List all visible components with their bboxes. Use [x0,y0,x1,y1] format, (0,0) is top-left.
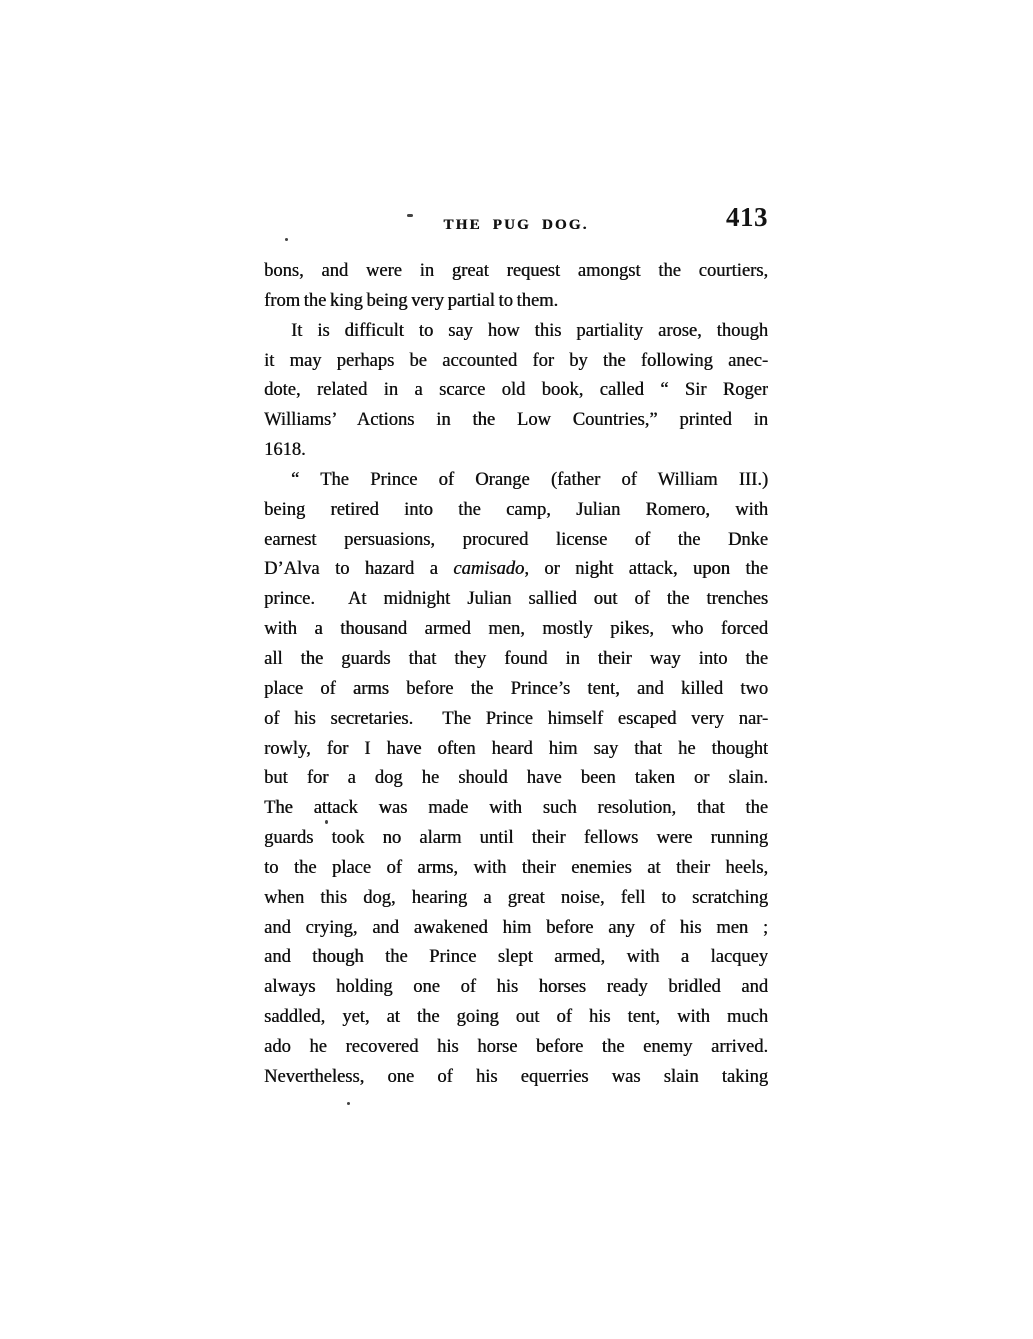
text-line: place of arms before the Prince’s tent, … [264,675,768,705]
page-number: 413 [726,202,768,233]
text-line: bons, and were in great request amongst … [264,257,768,287]
text-line: from the king being very partial to them… [264,287,768,317]
text-line: dote, related in a scarce old book, call… [264,376,768,406]
text-line: D’Alva to hazard a camisado, or night at… [264,555,768,585]
text-line: to the place of arms, with their enemies… [264,854,768,884]
text-line: rowly, for I have often heard him say th… [264,735,768,765]
text-line: it may perhaps be accounted for by the f… [264,347,768,377]
ink-speck [285,238,288,241]
text-line: being retired into the camp, Julian Rome… [264,496,768,526]
text-line: guards took no alarm until their fellows… [264,824,768,854]
ink-speck [347,1102,350,1105]
text-line: but for a dog he should have been taken … [264,764,768,794]
text-line: of his secretaries. The Prince himself e… [264,705,768,735]
ink-speck [325,820,328,824]
book-page: THE PUG DOG. 413 bons, and were in great… [0,0,1033,1339]
text-line: when this dog, hearing a great noise, fe… [264,884,768,914]
text-line: “ The Prince of Orange (father of Willia… [264,466,768,496]
running-head: THE PUG DOG. 413 [264,200,768,236]
text-line: ado he recovered his horse before the en… [264,1033,768,1063]
text-line: The attack was made with such resolution… [264,794,768,824]
text-line: 1618. [264,436,768,466]
text-column: bons, and were in great request amongst … [264,257,768,1093]
text-line: Nevertheless, one of his equerries was s… [264,1063,768,1093]
text-line: earnest persuasions, procured license of… [264,526,768,556]
text-line: prince. At midnight Julian sallied out o… [264,585,768,615]
text-line: Williams’ Actions in the Low Countries,”… [264,406,768,436]
running-title: THE PUG DOG. [264,217,768,234]
text-line: saddled, yet, at the going out of his te… [264,1003,768,1033]
text-line: always holding one of his horses ready b… [264,973,768,1003]
text-line: and though the Prince slept armed, with … [264,943,768,973]
ink-speck [407,214,413,217]
text-line: all the guards that they found in their … [264,645,768,675]
text-line: and crying, and awakened him before any … [264,914,768,944]
text-line: It is difficult to say how this partiali… [264,317,768,347]
text-line: with a thousand armed men, mostly pikes,… [264,615,768,645]
